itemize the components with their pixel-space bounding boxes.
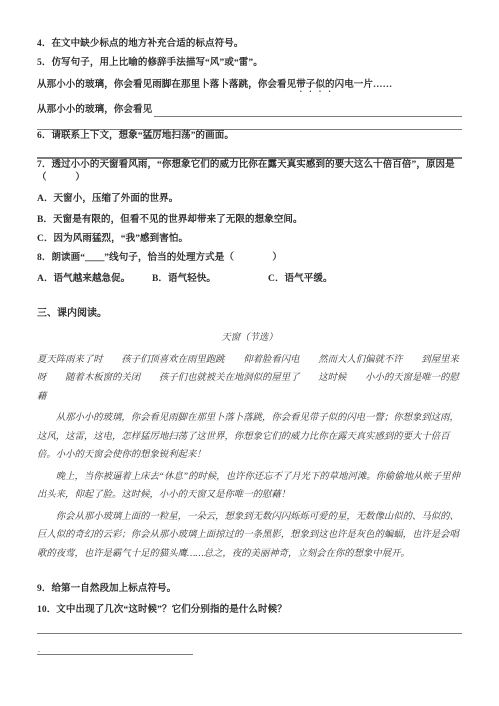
passage-paragraph-3: 晚上，当你被逼着上床去“休息”的时候，也许你还忘不了月光下的草地河滩。你偷偷地从…: [37, 468, 462, 505]
question-9: 9．给第一自然段加上标点符号。: [37, 583, 462, 596]
section-3-heading: 三、课内阅读。: [37, 307, 462, 321]
example-emphasized-words: 带子似的: [296, 80, 334, 90]
question-8-option-a: A．语气越来越急促。: [37, 273, 152, 286]
question-10: 10．文中出现了几次“这时候”？它们分别指的是什么时候？: [37, 604, 462, 617]
answer-prompt: 从那小小的玻璃，你会看见: [37, 104, 152, 117]
answer-mark-dot: .: [38, 645, 40, 654]
answer-line-4: [37, 633, 462, 634]
example-text-pre: 从那小小的玻璃，你会看见雨脚在那里卜落卜落跳，你会看见: [37, 80, 296, 90]
passage-title: 天窗（节选）: [37, 329, 462, 348]
example-text-post: 闪电一片……: [335, 80, 393, 90]
question-7-option-c: C．因为风雨猛烈，“我”感到害怕。: [37, 233, 462, 246]
question-8-options: A．语气越来越急促。 B．语气轻快。 C．语气平缓。: [37, 273, 462, 286]
question-5-answer-line: 从那小小的玻璃，你会看见: [37, 104, 462, 117]
reading-passage: 天窗（节选） 夏天阵雨来了时 孩子们顶喜欢在雨里跑跳 仰着脸看闪电 然而大人们偏…: [37, 329, 462, 563]
question-7-option-b: B．天窗是有限的，但看不见的世界却带来了无限的想象空间。: [37, 214, 462, 227]
answer-blank: [154, 105, 462, 117]
question-4: 4．在文中缺少标点的地方补充合适的标点符号。: [37, 38, 462, 51]
question-6: 6．请联系上下文，想象“猛厉地扫荡”的画面。: [37, 130, 462, 143]
passage-paragraph-4: 你会从那小玻璃上面的一粒星，一朵云，想象到无数闪闪烁烁可爱的星，无数像山似的、马…: [37, 508, 462, 564]
question-5: 5．仿写句子，用上比喻的修辞手法描写“风”或“雷”。: [37, 57, 462, 70]
question-7: 7．透过小小的天窗看风雨，“你想象它们的威力比你在露天真实感到的要大这么十倍百倍…: [37, 159, 462, 185]
question-8-option-b: B．语气轻快。: [152, 273, 268, 286]
passage-paragraph-1: 夏天阵雨来了时 孩子们顶喜欢在雨里跑跳 仰着脸看闪电 然而大人们偏就不许 到屋里…: [37, 351, 462, 407]
answer-line-5-short: .: [37, 654, 193, 655]
question-5-example: 从那小小的玻璃，你会看见雨脚在那里卜落卜落跳，你会看见带子似的闪电一片……: [37, 79, 462, 95]
passage-paragraph-2: 从那小小的玻璃，你会看见雨脚在那里卜落卜落跳，你会看见带子似的闪电一瞥；你想象到…: [37, 409, 462, 465]
worksheet-page: 4．在文中缺少标点的地方补充合适的标点符号。 5．仿写句子，用上比喻的修辞手法描…: [0, 0, 499, 706]
worksheet-content: 4．在文中缺少标点的地方补充合适的标点符号。 5．仿写句子，用上比喻的修辞手法描…: [0, 0, 499, 655]
question-8-option-c: C．语气平缓。: [268, 273, 333, 286]
question-8: 8．朗读画“＿＿”线句子，恰当的处理方式是（ ）: [37, 252, 462, 265]
question-7-option-a: A．天窗小，压缩了外面的世界。: [37, 193, 462, 206]
